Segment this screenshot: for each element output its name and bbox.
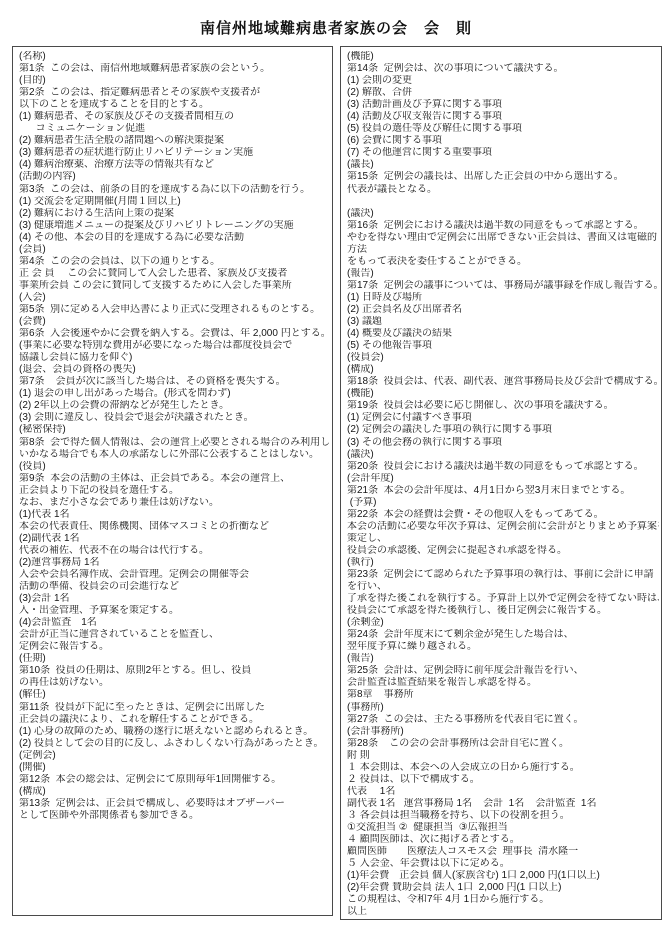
text-line	[347, 196, 659, 208]
text-line: 第21条 本会の会計年度は、4月1日から翌3月末日までとする。	[347, 485, 659, 497]
text-line: (3) その他会務の執行に関する事項	[347, 437, 659, 449]
text-line: 本会の活動に必要な年次予算は、定例会前に会計がとりまとめ予算案を	[347, 521, 659, 533]
text-line: 役員会の承認後、定例会に提起され承認を得る。	[347, 545, 659, 557]
text-line: ５ 入会金、年会費は以下に定める。	[347, 858, 659, 870]
text-line: 代表の補佐、代表不在の場合は代行する。	[19, 545, 330, 557]
text-line: 第3条 この会は、前条の目的を達成する為に以下の活動を行う。	[19, 184, 330, 196]
text-line: (執行)	[347, 557, 659, 569]
text-line: (議長)	[347, 159, 659, 171]
text-line: 入・出金管理、予算案を策定する。	[19, 605, 330, 617]
text-line: いかなる場合でも本人の承諾なしに外部に公表することはしない。	[19, 449, 330, 461]
text-line: (構成)	[19, 786, 330, 798]
text-line: 第9条 本会の活動の主体は、正会員である。本会の運営上、	[19, 473, 330, 485]
text-line: (1) 日時及び場所	[347, 292, 659, 304]
text-line: コミュニケーション促進	[19, 123, 330, 135]
text-line: (役員)	[19, 461, 330, 473]
text-line: 第24条 会計年度末にて剰余金が発生した場合は、	[347, 629, 659, 641]
text-line: 了承を得た後これを執行する。予算計上以外で定例会を待てない時は、	[347, 593, 659, 605]
text-line: 第2条 この会は、指定難病患者とその家族や支援者が	[19, 87, 330, 99]
text-line: ①交流担当 ② 健康担当 ③広報担当	[347, 822, 659, 834]
text-line: (2) 解散、合併	[347, 87, 659, 99]
left-column-box: (名称)第1条 この会は、南信州地域難病患者家族の会という。(目的)第2条 この…	[12, 46, 333, 916]
text-line: (3) 活動計画及び予算に関する事項	[347, 99, 659, 111]
text-line: (2) 難病における生活向上策の提案	[19, 208, 330, 220]
text-line: 活動の準備、役員会の司会進行など	[19, 581, 330, 593]
text-line: (4) 概要及び議決の結果	[347, 328, 659, 340]
text-line: (活動の内容)	[19, 171, 330, 183]
text-line: (4)会計監査 1名	[19, 617, 330, 629]
text-line: 策定し、	[347, 533, 659, 545]
text-line: (2) 難病患者生活全般の諸問題への解決策提案	[19, 135, 330, 147]
left-column-text: (名称)第1条 この会は、南信州地域難病患者家族の会という。(目的)第2条 この…	[13, 47, 332, 822]
text-line: (会費)	[19, 316, 330, 328]
text-line: (2)副代表 1名	[19, 533, 330, 545]
text-line: の再任は妨げない。	[19, 677, 330, 689]
text-line: (1) 会則の変更	[347, 75, 659, 87]
text-line: 協議し会員に協力を仰ぐ)	[19, 352, 330, 364]
text-line: 第14条 定例会は、次の事項について議決する。	[347, 63, 659, 75]
text-line: (2) 定例会の議決した事項の執行に関する事項	[347, 424, 659, 436]
text-line: 第25条 会計は、定例会時に前年度会計報告を行い、	[347, 665, 659, 677]
text-line: (4) その他、本会の目的を達成する為に必要な活動	[19, 232, 330, 244]
text-line: (解任)	[19, 689, 330, 701]
text-line: 附 則	[347, 750, 659, 762]
text-line: として医師や外部関係者も参加できる。	[19, 810, 330, 822]
text-line: (1) 定例会に付議すべき事項	[347, 412, 659, 424]
text-line: 第28条 この会の会計事務所は会計自宅に置く。	[347, 738, 659, 750]
text-line: (1) 退会の申し出があった場合。(形式を問わず)	[19, 388, 330, 400]
text-line: (議決)	[347, 449, 659, 461]
text-line: 定例会に報告する。	[19, 641, 330, 653]
text-line: 第1条 この会は、南信州地域難病患者家族の会という。	[19, 63, 330, 75]
text-line: 以下のことを達成することを目的とする。	[19, 99, 330, 111]
text-line: (予算)	[347, 497, 659, 509]
text-line: 第15条 定例会の議長は、出席した正会員の中から選出する。	[347, 171, 659, 183]
text-line: 正 会 員 この会に賛同して入会した患者、家族及び支援者	[19, 268, 330, 280]
text-line: 代表が議長となる。	[347, 184, 659, 196]
text-line: 翌年度予算に繰り越される。	[347, 641, 659, 653]
text-line: (1)年会費 正会員 個人(家族含む) 1口 2,000 円(1口以上)	[347, 870, 659, 882]
text-line: (3) 議題	[347, 316, 659, 328]
text-line: をもって表決を委任することができる。	[347, 256, 659, 268]
text-line: (名称)	[19, 51, 330, 63]
text-line: (3)会計 1名	[19, 593, 330, 605]
text-line: 第8条 会で得た個人情報は、会の運営上必要とされる場合のみ利用し、	[19, 437, 330, 449]
text-line: (役員会)	[347, 352, 659, 364]
text-line: ４ 顧問医師は、次に掲げる者とする。	[347, 834, 659, 846]
text-line: 第23条 定例会にて認められた予算事項の執行は、事前に会計に申請	[347, 569, 659, 581]
text-line: 第17条 定例会の議事については、事務局が議事録を作成し報告する。	[347, 280, 659, 292]
text-line: (1)代表 1名	[19, 509, 330, 521]
text-line: 副代表 1名 運営事務局 1名 会計 1名 会計監査 1名	[347, 798, 659, 810]
text-line: (秘密保持)	[19, 424, 330, 436]
text-line: 第18条 役員会は、代表、副代表、運営事務局長及び会計で構成する。	[347, 376, 659, 388]
text-line: (余剰金)	[347, 617, 659, 629]
text-line: (退会、会員の資格の喪失)	[19, 364, 330, 376]
text-line: 第8章 事務所	[347, 689, 659, 701]
text-line: (機能)	[347, 51, 659, 63]
text-line: (1) 交流会を定期開催(月間１回以上)	[19, 196, 330, 208]
text-line: (議決)	[347, 208, 659, 220]
text-line: (目的)	[19, 75, 330, 87]
text-line: 事業所会員 この会に賛同して支援するために入会した事業所	[19, 280, 330, 292]
text-line: (3) 会則に違反し、役員会で退会が決議されたとき。	[19, 412, 330, 424]
text-line: 第20条 役員会における議決は過半数の同意をもって承認とする。	[347, 461, 659, 473]
text-line: 第5条 別に定める入会申込書により正式に受理されるものとする。	[19, 304, 330, 316]
text-line: (5) その他報告事項	[347, 340, 659, 352]
text-line: (会計年度)	[347, 473, 659, 485]
text-line: (4) 難病治療薬、治療方法等の情報共有など	[19, 159, 330, 171]
text-line: 正会員の議決により、これを解任することができる。	[19, 714, 330, 726]
text-line: 第10条 役員の任期は、原則2年とする。但し、役員	[19, 665, 330, 677]
text-line: (定例会)	[19, 750, 330, 762]
text-line: 顧問医師 医療法人コスモス会 理事長 清水隆一	[347, 846, 659, 858]
text-line: 代表 1名	[347, 786, 659, 798]
text-line: (事業に必要な特別な費用が必要になった場合は都度役員会で	[19, 340, 330, 352]
text-line: (任期)	[19, 653, 330, 665]
text-line: 第13条 定例会は、正会員で構成し、必要時はオブザーバー	[19, 798, 330, 810]
text-line: 入会や会員名簿作成、会計管理。定例会の開催等会	[19, 569, 330, 581]
text-line: (報告)	[347, 653, 659, 665]
text-line: (事務所)	[347, 702, 659, 714]
text-line: (2) 2年以上の会費の滞納などが発生したとき。	[19, 400, 330, 412]
text-line: (2) 役員として会の目的に反し、ふさわしくない行為があったとき。	[19, 738, 330, 750]
text-line: (3) 難病患者の症状進行防止リハビリテーション実施	[19, 147, 330, 159]
text-line: 第7条 会員が次に該当した場合は、その資格を喪失する。	[19, 376, 330, 388]
text-line: 第11条 役員が下記に至ったときは、定例会に出席した	[19, 702, 330, 714]
text-line: 第16条 定例会における議決は過半数の同意をもって承認とする。	[347, 220, 659, 232]
text-line: 第6条 入会後速やかに会費を納入する。会費は、年 2,000 円とする。	[19, 328, 330, 340]
text-line: ３ 各会員は担当職務を持ち、以下の役割を担う。	[347, 810, 659, 822]
document-page: 南信州地域難病患者家族の会 会 則 (名称)第1条 この会は、南信州地域難病患者…	[0, 0, 672, 932]
text-line: なお、まだ小さな会であり兼任は妨げない。	[19, 497, 330, 509]
text-line: １ 本会則は、本会への入会成立の日から施行する。	[347, 762, 659, 774]
right-column-text: (機能)第14条 定例会は、次の事項について議決する。(1) 会則の変更(2) …	[341, 47, 661, 918]
text-line: (7) その他運営に関する重要事項	[347, 147, 659, 159]
text-line: やむを得ない理由で定例会に出席できない正会員は、書面又は電磁的	[347, 232, 659, 244]
text-line: 第27条 この会は、主たる事務所を代表自宅に置く。	[347, 714, 659, 726]
text-line: (2) 正会員名及び出席者名	[347, 304, 659, 316]
text-line: (2)年会費 賛助会員 法人 1口 2,000 円(1 口以上)	[347, 882, 659, 894]
text-line: (報告)	[347, 268, 659, 280]
text-line: (機能)	[347, 388, 659, 400]
text-line: を行い、	[347, 581, 659, 593]
text-line: (3) 健康増進メニューの提案及びリハビリトレーニングの実施	[19, 220, 330, 232]
text-line: 会計監査は監査結果を報告し承認を得る。	[347, 677, 659, 689]
text-line: 第12条 本会の総会は、定例会にて原則毎年1回開催する。	[19, 774, 330, 786]
text-line: (会計事務所)	[347, 726, 659, 738]
document-title: 南信州地域難病患者家族の会 会 則	[0, 17, 672, 38]
text-line: 以上	[347, 906, 659, 918]
text-line: この規程は、令和7年 4月 1日から施行する。	[347, 894, 659, 906]
text-line: (2)運営事務局 1名	[19, 557, 330, 569]
text-line: 第19条 役員会は必要に応じ開催し、次の事項を議決する。	[347, 400, 659, 412]
text-line: (1) 心身の故障のため、職務の遂行に堪えないと認められるとき。	[19, 726, 330, 738]
text-line: 方法	[347, 244, 659, 256]
text-line: (4) 活動及び収支報告に関する事項	[347, 111, 659, 123]
text-line: (5) 役員の選任等及び解任に関する事項	[347, 123, 659, 135]
text-line: (開催)	[19, 762, 330, 774]
text-line: (会員)	[19, 244, 330, 256]
text-line: 役員会にて承認を得た後執行し、後日定例会に報告する。	[347, 605, 659, 617]
text-line: (入会)	[19, 292, 330, 304]
text-line: 本会の代表責任、関係機関、団体マスコミとの折衝など	[19, 521, 330, 533]
text-line: 第4条 この会の会員は、以下の通りとする。	[19, 256, 330, 268]
text-line: (構成)	[347, 364, 659, 376]
text-line: 第22条 本会の経費は会費・その他収入をもってあてる。	[347, 509, 659, 521]
text-line: (6) 会費に関する事項	[347, 135, 659, 147]
text-line: ２ 役員は、以下で構成する。	[347, 774, 659, 786]
text-line: (1) 難病患者、その家族及びその支援者間相互の	[19, 111, 330, 123]
text-line: 正会員より下記の役員を選任する。	[19, 485, 330, 497]
text-line: 会計が正当に運営されていることを監査し、	[19, 629, 330, 641]
right-column-box: (機能)第14条 定例会は、次の事項について議決する。(1) 会則の変更(2) …	[340, 46, 662, 920]
